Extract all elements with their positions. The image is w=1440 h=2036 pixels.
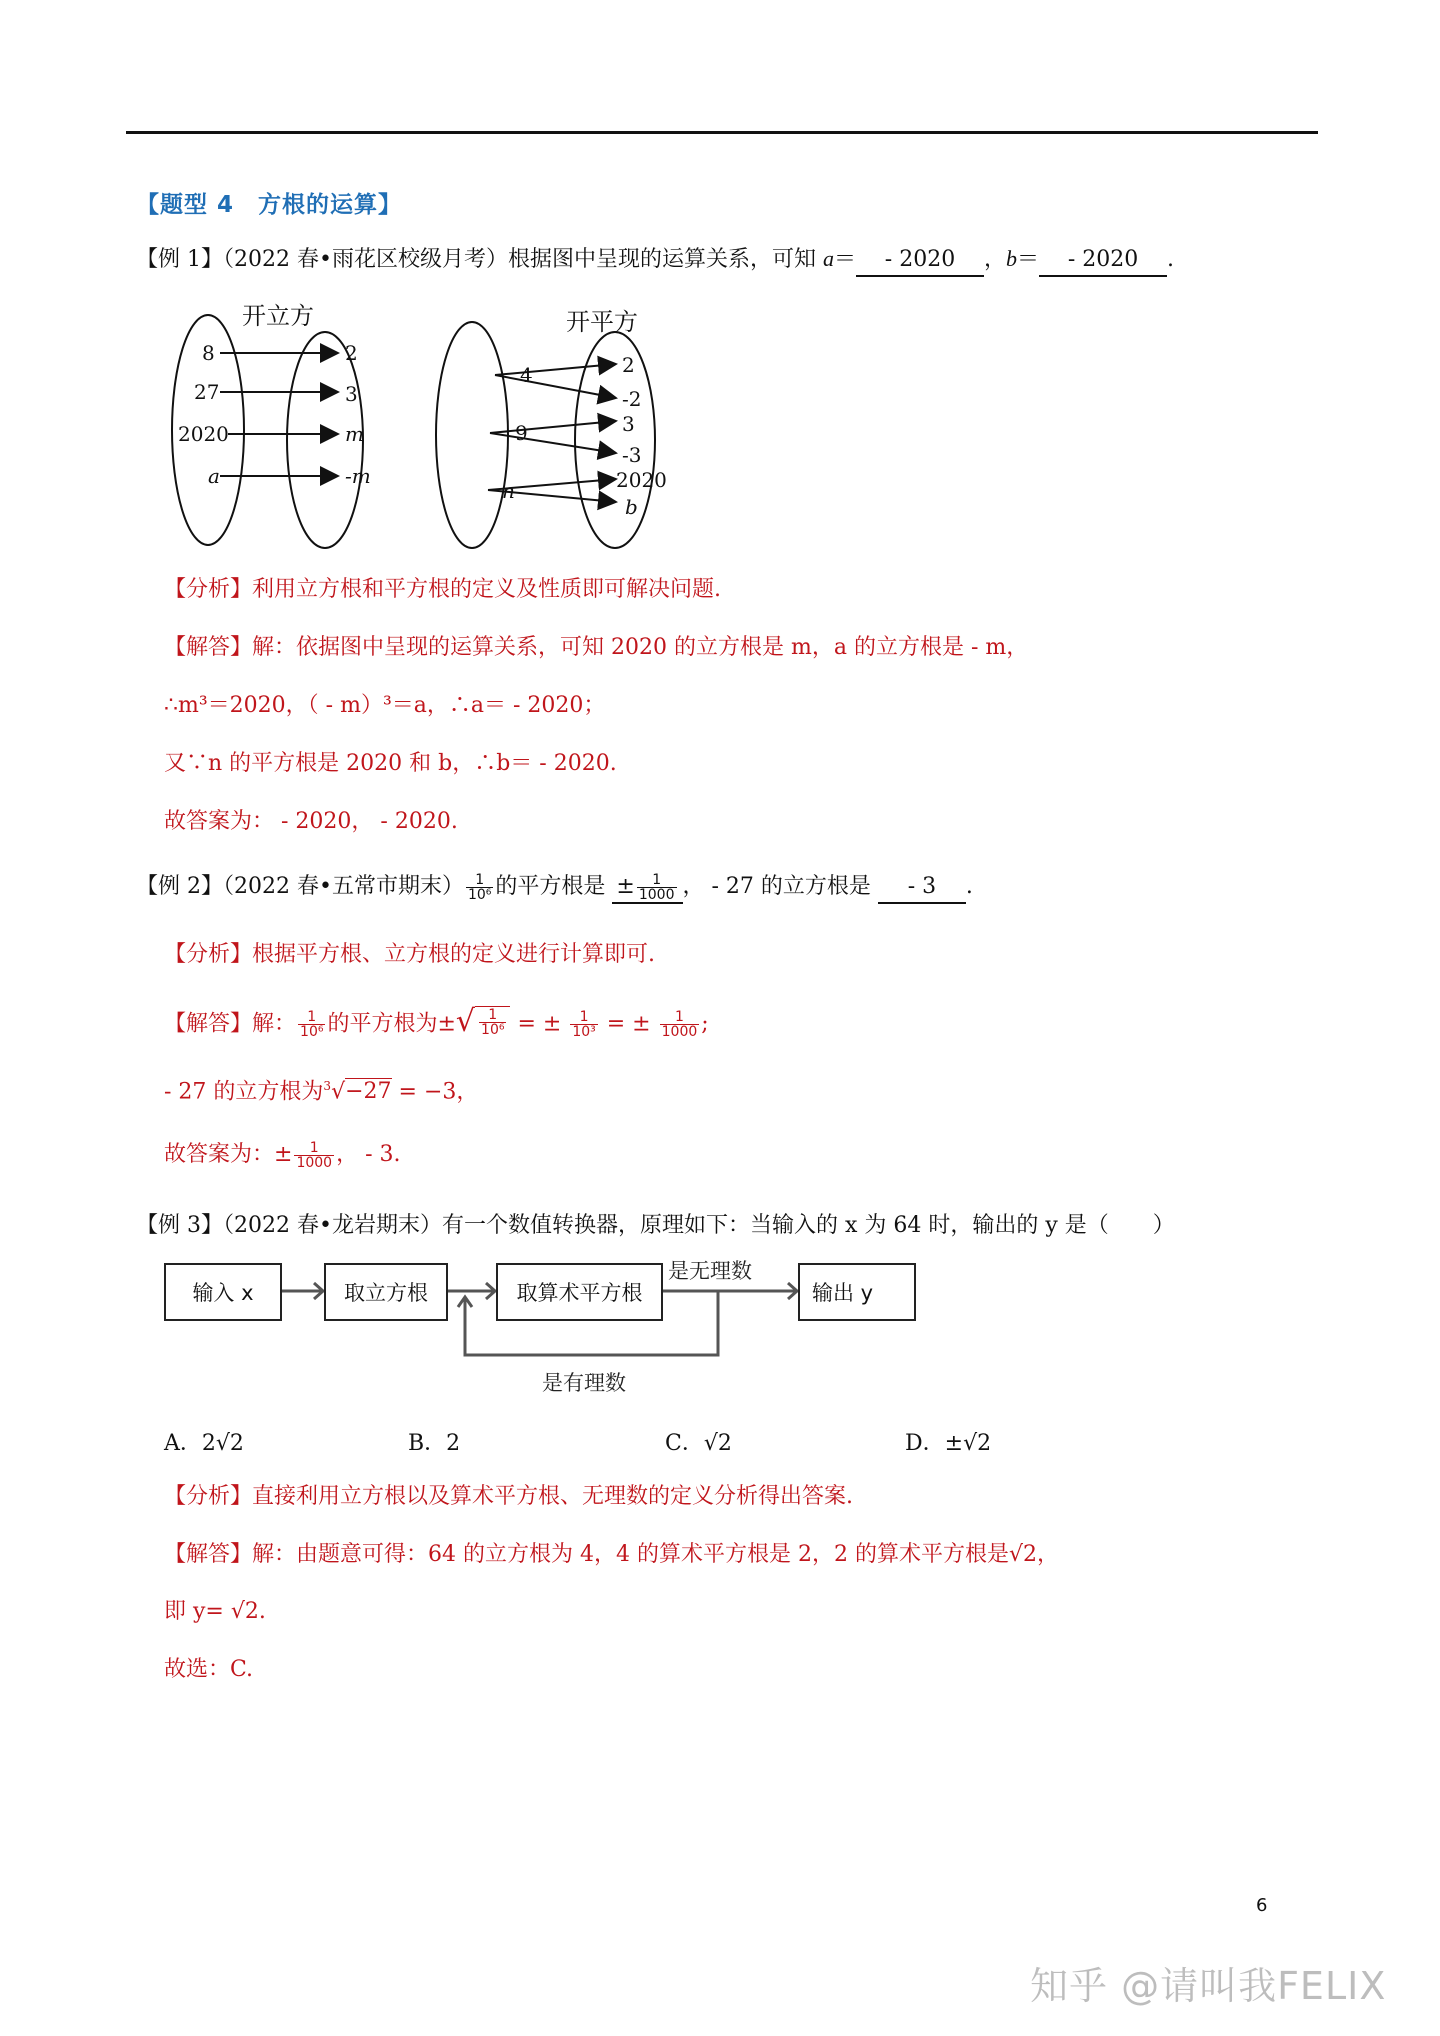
- answer-blank-b: - 2020: [1039, 245, 1167, 277]
- example2-solution-line-3: 故答案为：±11000， - 3.: [164, 1140, 401, 1170]
- example3-analysis: 【分析】直接利用立方根以及算术平方根、无理数的定义分析得出答案.: [164, 1482, 853, 1512]
- example2-solution-line-2: - 27 的立方根为3√−27 = −3，: [164, 1071, 478, 1107]
- cube-root-box: 取立方根: [324, 1263, 448, 1321]
- example1-solution-line-4: 故答案为： - 2020， - 2020.: [164, 807, 458, 837]
- example2-analysis: 【分析】根据平方根、立方根的定义进行计算即可.: [164, 940, 655, 970]
- arithmetic-sqrt-box: 取算术平方根: [496, 1263, 663, 1321]
- example1-analysis: 【分析】利用立方根和平方根的定义及性质即可解决问题.: [164, 575, 721, 605]
- sqrt-expression: √110⁶: [456, 1006, 511, 1037]
- cube-root-title: 开立方: [242, 296, 314, 331]
- converter-flowchart: 输入 x 取立方根 取算术平方根 输出 y 是无理数 是有理数: [160, 1255, 920, 1405]
- example-label: 【例 1】: [136, 247, 223, 272]
- section-title: 【题型 4 方根的运算】: [136, 186, 402, 219]
- zhihu-watermark: 知乎 @请叫我FELIX: [1030, 1955, 1386, 2010]
- rational-label: 是有理数: [542, 1367, 626, 1397]
- example3-question: 【例 3】（2022 春•龙岩期末）有一个数值转换器，原理如下：当输入的 x 为…: [136, 1211, 1175, 1241]
- example1-solution-line-3: 又∵n 的平方根是 2020 和 b，∴b＝ - 2020.: [164, 749, 617, 779]
- answer-blank-a: - 2020: [856, 245, 984, 277]
- page-number: 6: [1256, 1895, 1267, 1916]
- example3-solution-line-2: 即 y= √2.: [164, 1597, 266, 1627]
- square-root-title: 开平方: [566, 302, 638, 337]
- example1-solution-line-1: 【解答】解：依据图中呈现的运算关系，可知 2020 的立方根是 m，a 的立方根…: [164, 633, 1028, 663]
- example2-solution-line-1: 【解答】解：110⁶的平方根为±√110⁶ = ± 110³ = ± 11000…: [164, 1006, 709, 1040]
- mapping-diagrams: 开立方 8 27 2020 a 2 3 m -m 开平方 4 9 n 2 -2 …: [170, 290, 750, 550]
- option-d[interactable]: D．±√2: [905, 1426, 991, 1457]
- option-a[interactable]: A．2√2: [164, 1426, 244, 1457]
- option-c[interactable]: C．√2: [665, 1426, 732, 1457]
- irrational-label: 是无理数: [668, 1255, 752, 1285]
- example3-solution-line-3: 故选：C.: [164, 1655, 253, 1685]
- output-y-box: 输出 y: [798, 1263, 916, 1321]
- example1-question: 【例 1】（2022 春•雨花区校级月考）根据图中呈现的运算关系，可知 a＝- …: [136, 244, 1174, 277]
- answer-blank-1: ±11000: [612, 872, 682, 904]
- example2-question: 【例 2】（2022 春•五常市期末）110⁶的平方根是 ±11000， - 2…: [136, 872, 973, 904]
- example3-solution-line-1: 【解答】解：由题意可得：64 的立方根为 4，4 的算术平方根是 2，2 的算术…: [164, 1540, 1059, 1570]
- header-rule: [126, 131, 1318, 134]
- input-x-box: 输入 x: [164, 1263, 282, 1321]
- example1-solution-line-2: ∴m³＝2020，（ - m）³＝a，∴a＝ - 2020；: [164, 691, 605, 721]
- option-b[interactable]: B．2: [408, 1426, 460, 1457]
- answer-blank-2: - 3: [878, 872, 966, 904]
- example-source: （2022 春•雨花区校级月考）: [223, 247, 508, 272]
